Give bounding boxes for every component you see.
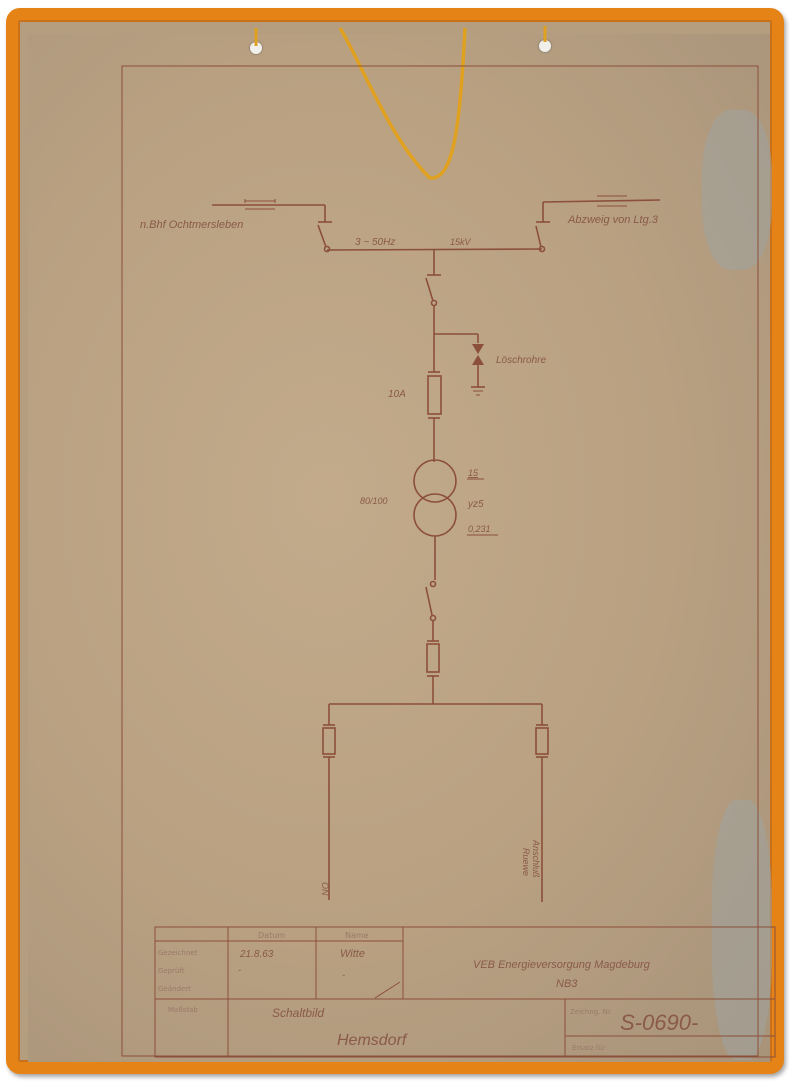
bus-frequency-label: 3 ~ 50Hz [355, 237, 395, 248]
location-name: Hemsdorf [337, 1032, 408, 1049]
scale-label: Maßstab [168, 1006, 198, 1014]
hv-fuse [428, 372, 441, 462]
transformer-vector-group: yz5 [467, 499, 484, 510]
arrester-label: Löschrohre [496, 355, 546, 366]
schematic-drawing: n.Bhf Ochtmersleben Abzweig von Ltg.3 3 … [0, 0, 798, 1090]
output-right-label-1: Anschluß [531, 839, 541, 878]
replaces-label: Ersatz für [572, 1044, 606, 1052]
disconnect-switch [426, 250, 441, 372]
transformer-secondary: 0,231 [468, 524, 491, 534]
drawing-no-label: Zeichng. Nr. [570, 1008, 612, 1016]
title-col-name: Name [345, 931, 369, 940]
fuse-rating-label: 10A [388, 389, 406, 400]
right-feeder-label: Abzweig von Ltg.3 [567, 214, 659, 226]
department: NB3 [556, 978, 578, 990]
checked-date: - [238, 965, 241, 975]
outgoing-feeder-left [323, 704, 335, 900]
transformer-rating: 80/100 [360, 496, 388, 506]
hanging-cord [340, 28, 465, 178]
output-left-label: ON [320, 882, 330, 896]
drawn-name: Witte [340, 948, 365, 960]
row-label-changed: Geändert [158, 985, 191, 993]
title-col-datum: Datum [258, 931, 285, 940]
output-right-label-2: Ruewe [521, 848, 531, 876]
lv-fuse [427, 641, 439, 704]
row-label-checked: Geprüft [158, 967, 185, 975]
lv-switch [426, 582, 436, 642]
company-name: VEB Energieversorgung Magdeburg [473, 959, 651, 971]
checked-name: - [342, 970, 345, 980]
left-feeder-label: n.Bhf Ochtmersleben [140, 219, 243, 231]
transformer-symbol [414, 460, 456, 580]
drawing-number: S-0690- [620, 1010, 698, 1035]
title-block-grid [155, 927, 775, 1057]
drawing-border [122, 66, 758, 1056]
drawn-date: 21.8.63 [239, 949, 274, 960]
drawing-type: Schaltbild [272, 1006, 324, 1020]
row-label-drawn: Gezeichnet [158, 949, 198, 957]
transformer-primary: 15 [468, 468, 479, 478]
bus-voltage-label: 15kV [450, 237, 472, 247]
busbar [327, 249, 542, 250]
